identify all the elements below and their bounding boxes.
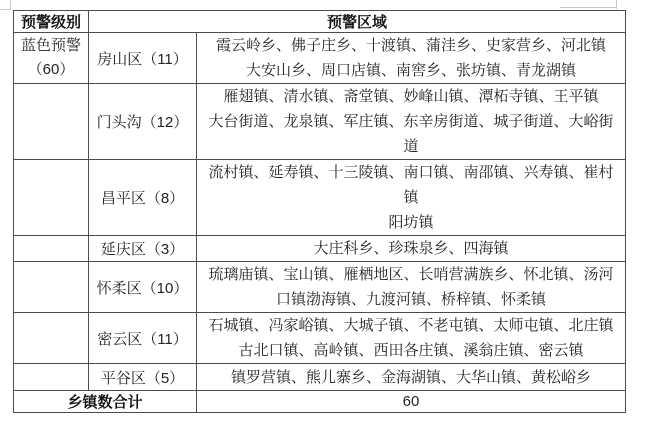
region-line: 古北口镇、高岭镇、西田各庄镇、溪翁庄镇、密云镇	[197, 338, 625, 363]
empty-cell	[14, 160, 89, 236]
region-cell: 石城镇、冯家峪镇、大城子镇、不老屯镇、太师屯镇、北庄镇 古北口镇、高岭镇、西田各…	[197, 313, 626, 364]
region-line: 霞云岭乡、佛子庄乡、十渡镇、蒲洼乡、史家营乡、河北镇	[197, 33, 625, 58]
empty-cell	[14, 262, 89, 313]
district-cell: 昌平区（8）	[89, 160, 197, 236]
header-warning-region: 预警区域	[89, 11, 626, 33]
region-line: 石城镇、冯家峪镇、大城子镇、不老屯镇、太师屯镇、北庄镇	[197, 313, 625, 338]
region-cell: 大庄科乡、珍珠泉乡、四海镇	[197, 236, 626, 262]
table-row: 平谷区（5） 镇罗营镇、熊儿寨乡、金海湖镇、大华山镇、黄松峪乡	[14, 364, 626, 391]
region-line: 道	[197, 134, 625, 159]
footer-total-label: 乡镇数合计	[14, 391, 197, 413]
decorative-line-right-horizontal	[560, 7, 616, 8]
empty-cell	[14, 313, 89, 364]
table-row: 密云区（11） 石城镇、冯家峪镇、大城子镇、不老屯镇、太师屯镇、北庄镇 古北口镇…	[14, 313, 626, 364]
region-cell: 霞云岭乡、佛子庄乡、十渡镇、蒲洼乡、史家营乡、河北镇 大安山乡、周口店镇、南窖乡…	[197, 33, 626, 84]
region-line: 琉璃庙镇、宝山镇、雁栖地区、长哨营满族乡、怀北镇、汤河	[197, 262, 625, 287]
warning-level-name: 蓝色预警	[14, 34, 88, 58]
table-row: 门头沟（12） 雁翅镇、清水镇、斋堂镇、妙峰山镇、潭柘寺镇、王平镇 大台街道、龙…	[14, 84, 626, 160]
table-footer-row: 乡镇数合计 60	[14, 391, 626, 413]
region-cell: 流村镇、延寿镇、十三陵镇、南口镇、南邵镇、兴寿镇、崔村 镇 阳坊镇	[197, 160, 626, 236]
region-line: 阳坊镇	[197, 210, 625, 235]
decorative-line-left-horizontal	[0, 9, 11, 10]
region-cell: 雁翅镇、清水镇、斋堂镇、妙峰山镇、潭柘寺镇、王平镇 大台街道、龙泉镇、军庄镇、东…	[197, 84, 626, 160]
footer-total-value: 60	[197, 391, 626, 413]
region-line: 镇罗营镇、熊儿寨乡、金海湖镇、大华山镇、黄松峪乡	[197, 365, 625, 390]
district-cell: 怀柔区（10）	[89, 262, 197, 313]
region-cell: 琉璃庙镇、宝山镇、雁栖地区、长哨营满族乡、怀北镇、汤河 口镇渤海镇、九渡河镇、桥…	[197, 262, 626, 313]
region-cell: 镇罗营镇、熊儿寨乡、金海湖镇、大华山镇、黄松峪乡	[197, 364, 626, 391]
district-cell: 平谷区（5）	[89, 364, 197, 391]
region-line: 口镇渤海镇、九渡河镇、桥梓镇、怀柔镇	[197, 287, 625, 312]
region-line: 大安山乡、周口店镇、南窖乡、张坊镇、青龙湖镇	[197, 58, 625, 83]
page: { "header": { "level_col": "预警级别", "regi…	[0, 0, 660, 423]
district-cell: 门头沟（12）	[89, 84, 197, 160]
region-line: 大台街道、龙泉镇、军庄镇、东辛房街道、城子街道、大峪街	[197, 109, 625, 134]
table-row: 昌平区（8） 流村镇、延寿镇、十三陵镇、南口镇、南邵镇、兴寿镇、崔村 镇 阳坊镇	[14, 160, 626, 236]
district-cell: 房山区（11）	[89, 33, 197, 84]
empty-cell	[14, 364, 89, 391]
region-line: 雁翅镇、清水镇、斋堂镇、妙峰山镇、潭柘寺镇、王平镇	[197, 84, 625, 109]
district-cell: 延庆区（3）	[89, 236, 197, 262]
warning-level-cell: 蓝色预警 （60）	[14, 33, 89, 84]
decorative-line-right-vertical	[616, 0, 617, 9]
region-line: 流村镇、延寿镇、十三陵镇、南口镇、南邵镇、兴寿镇、崔村	[197, 160, 625, 185]
empty-cell	[14, 84, 89, 160]
table-row: 怀柔区（10） 琉璃庙镇、宝山镇、雁栖地区、长哨营满族乡、怀北镇、汤河 口镇渤海…	[14, 262, 626, 313]
district-cell: 密云区（11）	[89, 313, 197, 364]
table-row: 蓝色预警 （60） 房山区（11） 霞云岭乡、佛子庄乡、十渡镇、蒲洼乡、史家营乡…	[14, 33, 626, 84]
header-warning-level: 预警级别	[14, 11, 89, 33]
empty-cell	[14, 236, 89, 262]
table-row: 延庆区（3） 大庄科乡、珍珠泉乡、四海镇	[14, 236, 626, 262]
region-line: 镇	[197, 185, 625, 210]
warning-table: 预警级别 预警区域 蓝色预警 （60） 房山区（11） 霞云岭乡、佛子庄乡、十渡…	[13, 10, 626, 413]
region-line: 大庄科乡、珍珠泉乡、四海镇	[197, 236, 625, 261]
warning-level-count: （60）	[14, 58, 88, 82]
table-header-row: 预警级别 预警区域	[14, 11, 626, 33]
